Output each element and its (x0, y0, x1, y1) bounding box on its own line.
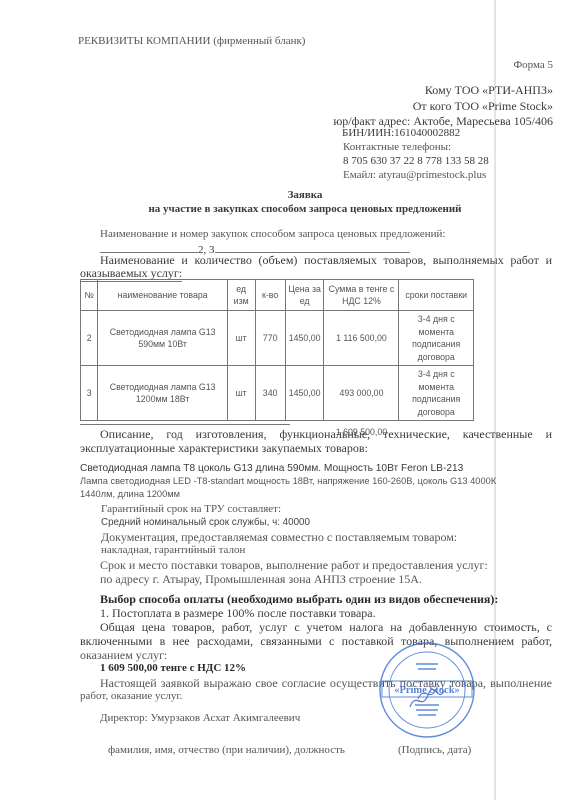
docs-label: Документация, предоставляемая совместно … (101, 530, 457, 545)
fio-caption: фамилия, имя, отчество (при наличии), до… (108, 744, 345, 756)
phones-label: Контактные телефоны: (343, 141, 451, 153)
warranty-label: Гарантийный срок на ТРУ составляет: (101, 503, 281, 515)
description-item-1: Светодиодная лампа Т8 цоколь G13 длина 5… (80, 463, 463, 474)
consent-text-2: работ, оказание услуг. (80, 690, 182, 702)
company-stamp: «Prime Stock» (378, 641, 476, 739)
separator-line (80, 424, 290, 425)
item-name: Светодиодная лампа G13 1200мм 18Вт (98, 366, 227, 421)
recipient: Кому ТОО «РТИ-АНПЗ» (425, 83, 553, 98)
item-unit: шт (227, 311, 255, 366)
item-delivery: 3-4 дня с момента подписания договора (399, 366, 474, 421)
column-header: к-во (255, 280, 285, 311)
column-header: сроки поставки (399, 280, 474, 311)
sender: От кого ТОО «Prime Stock» (413, 99, 553, 114)
company-requisites: РЕКВИЗИТЫ КОМПАНИИ (фирменный бланк) (78, 35, 305, 47)
form-number: Форма 5 (513, 59, 553, 71)
description-item-2: Лампа светодиодная LED -T8-standart мощн… (80, 476, 496, 486)
item-price: 1450,00 (285, 366, 324, 421)
phones: 8 705 630 37 22 8 778 133 58 28 (343, 155, 489, 167)
bin-number: БИН/ИИН:161040002882 (342, 127, 460, 139)
column-header: Сумма в тенге с НДС 12% (324, 280, 399, 311)
description-item-2-cont: 1440лм, длина 1200мм (80, 489, 180, 499)
stamp-icon: «Prime Stock» (378, 641, 476, 739)
director-name: Директор: Умурзаков Асхат Акимгалеевич (100, 712, 300, 724)
docs-value: накладная, гарантийный талон (101, 544, 245, 556)
sign-caption: (Подпись, дата) (398, 744, 471, 756)
consent-text: Настоящей заявкой выражаю свое согласие … (100, 676, 552, 691)
description-label-cont: эксплуатационные характеристики закупаем… (80, 441, 368, 456)
document-page: РЕКВИЗИТЫ КОМПАНИИ (фирменный бланк) Фор… (0, 0, 566, 800)
column-header: Цена за ед (285, 280, 324, 311)
column-header: наименование товара (98, 280, 227, 311)
item-name: Светодиодная лампа G13 590мм 10Вт (98, 311, 227, 366)
place-label: Срок и место поставки товаров, выполнени… (100, 558, 488, 573)
warranty-value: Средний номинальный срок службы, ч: 4000… (101, 517, 310, 528)
total-price-value: 1 609 500,00 тенге с НДС 12% (100, 662, 246, 674)
item-sum: 1 116 500,00 (324, 311, 399, 366)
row-number: 3 (81, 366, 98, 421)
total-price-text: Общая цена товаров, работ, услуг с учето… (100, 620, 552, 635)
payment-heading: Выбор способа оплаты (необходимо выбрать… (100, 592, 498, 607)
document-title: Заявка (60, 189, 550, 201)
column-header: ед изм (227, 280, 255, 311)
item-price: 1450,00 (285, 311, 324, 366)
email: Емайл: atyrau@primestock.plus (343, 169, 486, 181)
table-row: 2 Светодиодная лампа G13 590мм 10Вт шт 7… (81, 311, 474, 366)
payment-option: 1. Постоплата в размере 100% после поста… (100, 606, 376, 621)
table-header-row: № наименование товара ед изм к-во Цена з… (81, 280, 474, 311)
stamp-text: «Prime Stock» (394, 685, 460, 696)
item-sum: 493 000,00 (324, 366, 399, 421)
item-unit: шт (227, 366, 255, 421)
item-qty: 340 (255, 366, 285, 421)
item-delivery: 3-4 дня с момента подписания договора (399, 311, 474, 366)
row-number: 2 (81, 311, 98, 366)
procurement-name-label: Наименование и номер закупок способом за… (100, 228, 445, 240)
column-header: № (81, 280, 98, 311)
total-price-text-2: включенными в нее расходами, связанными … (80, 634, 552, 649)
document-subtitle: на участие в закупках способом запроса ц… (60, 203, 550, 215)
total-price-text-3: оказанием услуг: (80, 648, 167, 663)
description-label: Описание, год изготовления, функциональн… (100, 427, 552, 442)
place-value: по адресу г. Атырау, Промышленная зона А… (100, 572, 422, 587)
table-row: 3 Светодиодная лампа G13 1200мм 18Вт шт … (81, 366, 474, 421)
item-qty: 770 (255, 311, 285, 366)
goods-table: № наименование товара ед изм к-во Цена з… (80, 279, 474, 443)
